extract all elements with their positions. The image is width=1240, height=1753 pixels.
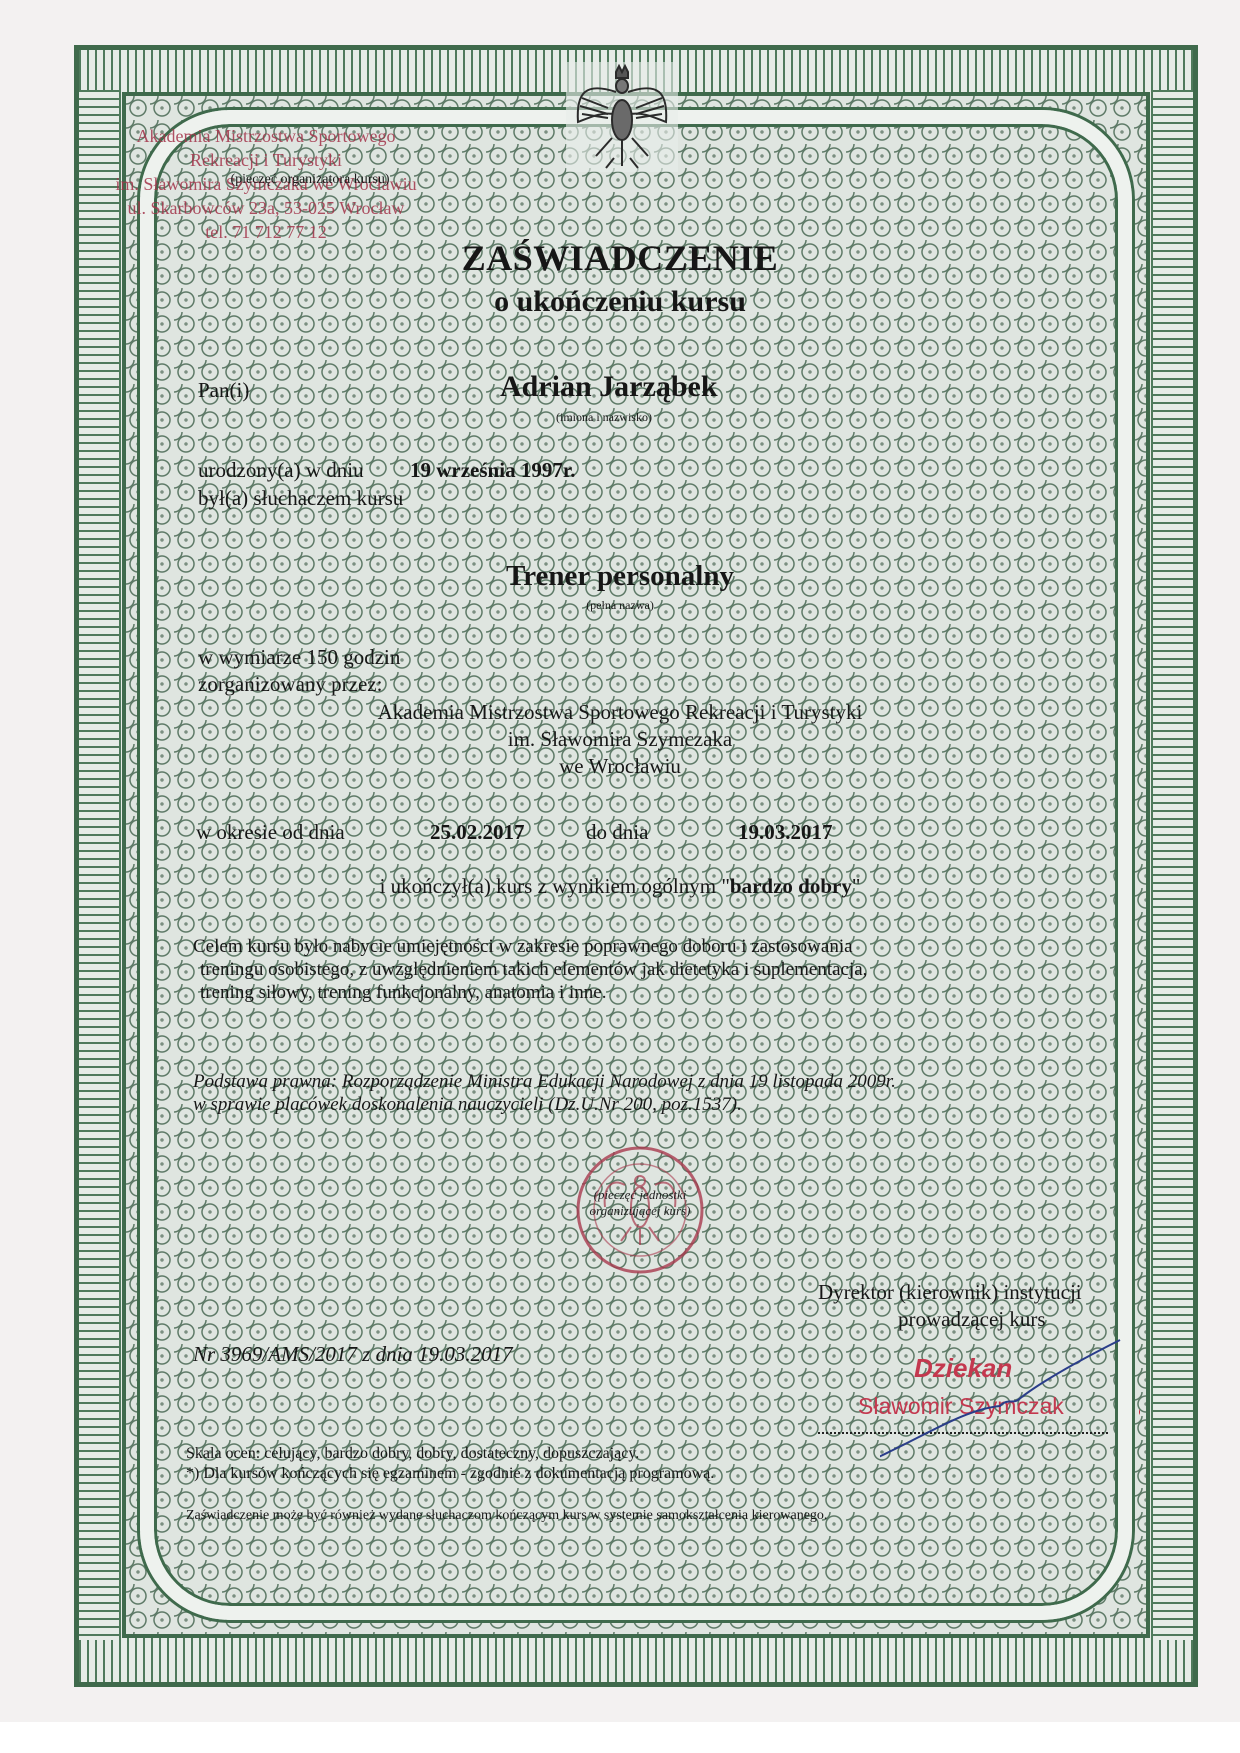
legal-basis-line: Podstawa prawna: Rozporządzenie Ministra… [193,1070,896,1093]
seal-caption: (pieczęć jednostki organizującej kurs) [575,1187,705,1219]
seal-caption-line: (pieczęć jednostki [575,1187,705,1203]
document-title: ZAŚWIADCZENIE [0,237,1240,279]
course-description-line: treningu osobistego, z uwzględnieniem ta… [200,958,867,981]
course-description-line: trening siłowy, trening funkcjonalny, an… [200,981,606,1004]
organized-by-label: zorganizowany przez: [198,672,382,697]
legal-basis-line: w sprawie placówek doskonalenia nauczyci… [193,1093,742,1116]
result-prefix: i ukończył(a) kurs z wynikiem ogólnym " [380,874,730,898]
border-stripes-left [79,90,119,1640]
course-name-hint: (pełna nazwa) [0,598,1240,613]
period-from-label: w okresie od dnia [196,820,345,845]
organizer-stamp-caption: (pieczęć organizatora kursu) [190,172,430,188]
document-subtitle: o ukończeniu kursu [0,285,1240,319]
result-grade: bardzo dobry [730,874,852,898]
organizer-line: we Wrocławiu [0,754,1240,779]
organizer-line: Akademia Mistrzostwa Sportowego Rekreacj… [0,700,1240,725]
seal-caption-line: organizującej kurs) [575,1203,705,1219]
polish-eagle-emblem-icon [566,62,678,172]
page-margin [0,1722,1240,1753]
course-hours: w wymiarze 150 godzin [198,645,400,670]
recipient-name-hint: (imiona i nazwisko) [556,410,652,425]
period-to-date: 19.03.2017 [738,820,833,845]
document-number: Nr 3969/AMS/2017 z dnia 19.03.2017 [193,1342,513,1367]
period-to-label: do dnia [586,820,648,845]
border-stripes-bottom [119,1642,1153,1682]
organizer-line: im. Sławomira Szymczaka [0,727,1240,752]
born-label: urodzony(a) w dniu [198,458,364,483]
handwritten-signature [880,1320,1140,1480]
attended-label: był(a) słuchaczem kursu [198,486,403,511]
organizer-stamp-line: ul. Skarbowców 23a, 53-025 Wrocław [86,196,446,220]
grading-scale-note: Skala ocen: celujący, bardzo dobry, dobr… [186,1445,639,1463]
organizer-stamp-line: Rekreacji i Turystyki [86,148,446,172]
born-date: 19 września 1997r. [410,458,575,483]
self-study-note: Zaświadczenie może być również wydane sł… [186,1508,827,1524]
organizer-stamp-line: Akademia Mistrzostwa Sportowego [86,124,446,148]
exam-footnote: *) Dla kursów kończących się egzaminem -… [186,1465,714,1483]
result-line: i ukończył(a) kurs z wynikiem ogólnym "b… [0,874,1240,899]
period-from-date: 25.02.2017 [430,820,525,845]
border-stripes-right [1153,90,1193,1640]
director-label: Dyrektor (kierownik) instytucji [818,1280,1082,1305]
course-description-line: Celem kursu było nabycie umiejętności w … [193,935,853,958]
recipient-label: Pan(i) [198,378,249,403]
course-name: Trener personalny [0,560,1240,593]
result-suffix: " [852,874,861,898]
recipient-name: Adrian Jarząbek [500,370,718,404]
